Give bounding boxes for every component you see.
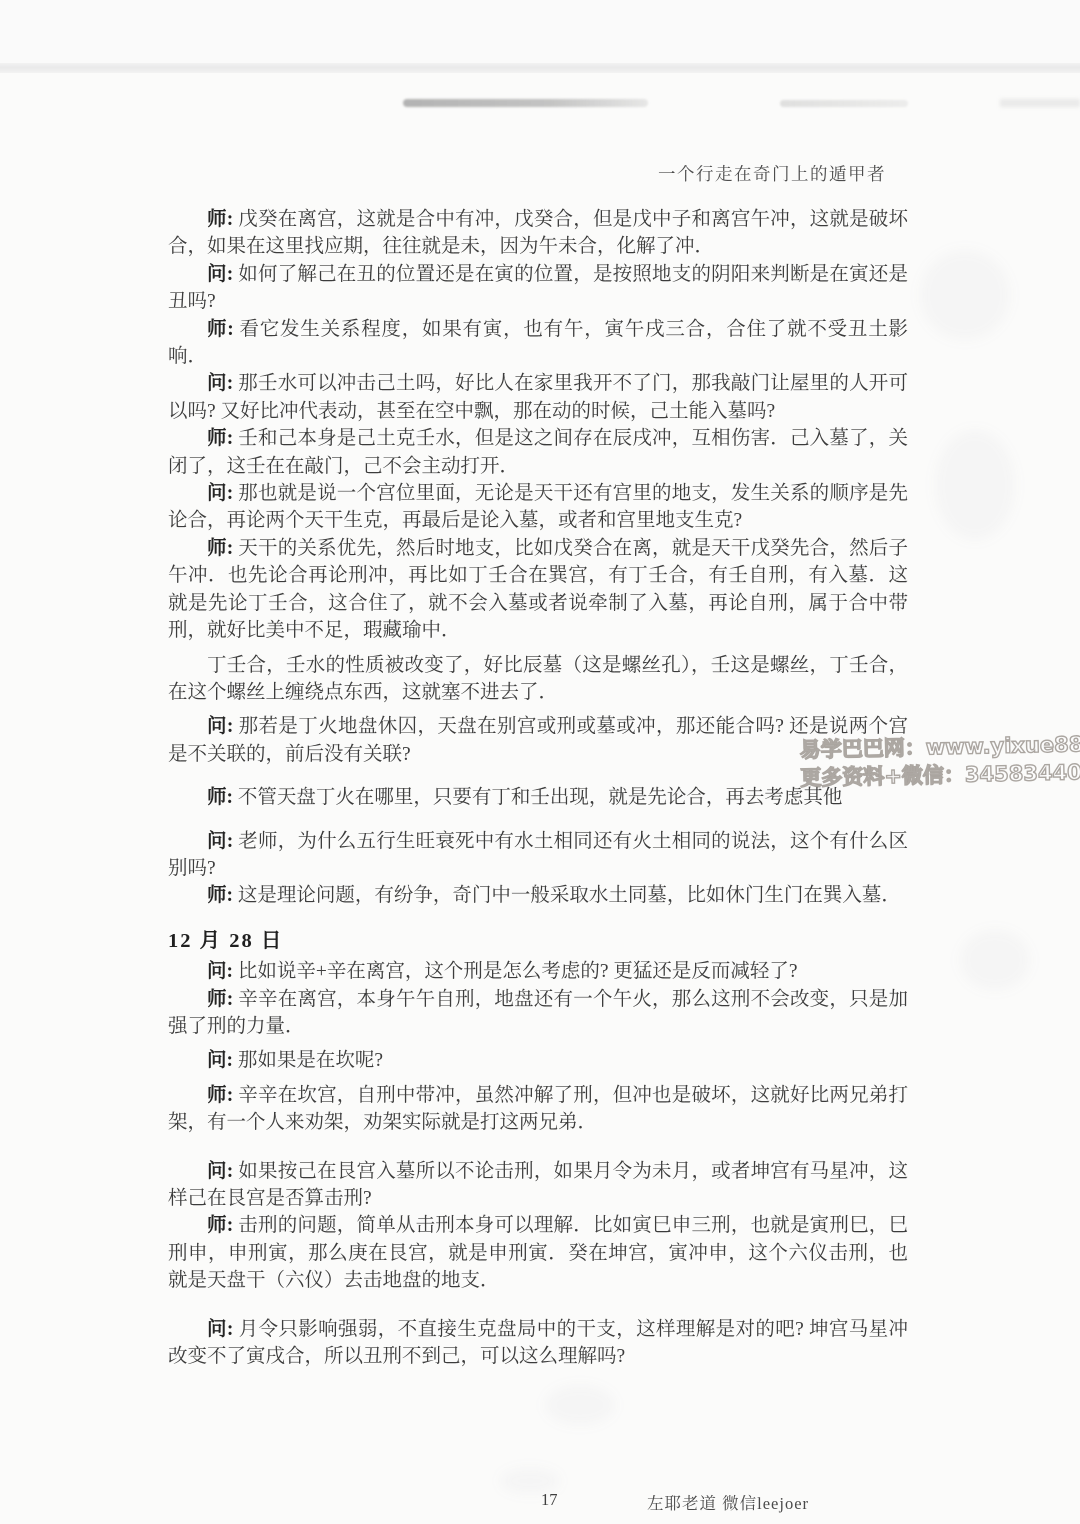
running-header: 一个行走在奇门上的遁甲者 (658, 161, 886, 186)
paragraph-text: 如果按己在艮宫入墓所以不论击刑，如果月令为未月，或者坤宫有马星冲，这样己在艮宫是… (168, 1161, 908, 1209)
scanned-book-page: 一个行走在奇门上的遁甲者 师: 戊癸在离宫，这就是合中有冲，戊癸合，但是戊中子和… (0, 0, 1080, 1524)
speaker-label: 问: (207, 716, 239, 737)
scan-smudge (780, 100, 908, 107)
scan-stain (545, 1385, 615, 1425)
speaker-label: 问: (207, 1161, 238, 1182)
dialogue-paragraph: 问: 老师，为什么五行生旺衰死中有水土相同还有火土相同的说法，这个有什么区别吗? (168, 828, 908, 883)
paragraph-text: 壬和己本身是己土克壬水，但是这之间存在辰戌冲，互相伤害．己入墓了，关闭了，这壬在… (168, 428, 908, 476)
footer-credit: 左耶老道 微信leejoer (647, 1490, 809, 1514)
paragraph-text: 比如说辛+辛在离宫，这个刑是怎么考虑的? 更猛还是反而减轻了? (238, 961, 798, 982)
paragraph-text: 不管天盘丁火在哪里，只要有丁和壬出现，就是先论合，再去考虑其他 (238, 787, 843, 808)
dialogue-paragraph: 师: 天干的关系优先，然后时地支，比如戊癸合在离，就是天干戊癸先合，然后子午冲．… (168, 535, 908, 645)
dialogue-paragraph: 问: 如果按己在艮宫入墓所以不论击刑，如果月令为未月，或者坤宫有马星冲，这样己在… (168, 1158, 908, 1213)
paragraph-text: 那壬水可以冲击己土吗，好比人在家里我开不了门，那我敲门让屋里的人开可以吗? 又好… (168, 373, 908, 421)
paragraph-text: 戊癸在离宫，这就是合中有冲，戊癸合，但是戊中子和离宫午冲，这就是破坏合，如果在这… (168, 209, 908, 257)
paragraph-text: 天干的关系优先，然后时地支，比如戊癸合在离，就是天干戊癸先合，然后子午冲．也先论… (168, 538, 908, 641)
scan-gray-band (0, 63, 1080, 73)
scan-top-zone (0, 0, 1080, 63)
dialogue-paragraph: 问: 那若是丁火地盘休囚，天盘在别宫或刑或墓或冲，那还能合吗? 还是说两个宫是不… (168, 713, 908, 768)
dialogue-paragraph: 师: 戊癸在离宫，这就是合中有冲，戊癸合，但是戊中子和离宫午冲，这就是破坏合，如… (168, 206, 908, 261)
dialogue-paragraph: 问: 那如果是在坎呢? (168, 1047, 908, 1074)
dialogue-paragraph: 师: 辛辛在坎宫，自刑中带冲，虽然冲解了刑，但冲也是破坏，这就好比两兄弟打架，有… (168, 1082, 908, 1137)
scan-stain (920, 250, 1010, 340)
paragraph-text: 如何了解己在丑的位置还是在寅的位置，是按照地支的阴阳来判断是在寅还是丑吗? (168, 264, 908, 312)
speaker-label: 师: (207, 1215, 238, 1236)
dialogue-paragraph: 师: 不管天盘丁火在哪里，只要有丁和壬出现，就是先论合，再去考虑其他 (168, 784, 908, 811)
paragraph-text: 那也就是说一个宫位里面，无论是天干还有宫里的地支，发生关系的顺序是先论合，再论两… (168, 483, 908, 531)
watermark-wechat-line: 更多资料+微信：3458344044 (800, 758, 1080, 792)
speaker-label: 师: (207, 989, 238, 1010)
speaker-label: 问: (207, 831, 238, 852)
speaker-label: 师: (207, 428, 238, 449)
scan-smudge (403, 99, 648, 107)
paragraph-text: 这是理论问题，有纷争，奇门中一般采取水土同墓，比如休门生门在巽入墓． (238, 885, 901, 906)
dialogue-paragraph: 师: 看它发生关系程度，如果有寅，也有午，寅午戌三合，合住了就不受丑土影响． (168, 316, 908, 371)
scan-smudge (1000, 99, 1080, 107)
speaker-label: 师: (207, 319, 239, 340)
speaker-label: 问: (207, 1050, 238, 1071)
speaker-label: 师: (207, 885, 238, 906)
dialogue-paragraph: 师: 壬和己本身是己土克壬水，但是这之间存在辰戌冲，互相伤害．己入墓了，关闭了，… (168, 425, 908, 480)
page-number: 17 (541, 1490, 558, 1510)
dialogue-paragraph: 师: 击刑的问题，简单从击刑本身可以理解．比如寅巳申三刑，也就是寅刑巳，巳刑申，… (168, 1212, 908, 1294)
speaker-label: 问: (207, 264, 238, 285)
paragraph-text: 月令只影响强弱，不直接生克盘局中的干支，这样理解是对的吧? 坤宫马星冲改变不了寅… (168, 1319, 908, 1367)
paragraph-text: 击刑的问题，简单从击刑本身可以理解．比如寅巳申三刑，也就是寅刑巳，巳刑申，申刑寅… (168, 1215, 908, 1291)
speaker-label: 师: (207, 1085, 238, 1106)
paragraph-text: 看它发生关系程度，如果有寅，也有午，寅午戌三合，合住了就不受丑土影响． (168, 319, 908, 367)
paragraph-text: 那如果是在坎呢? (238, 1050, 383, 1071)
dialogue-paragraph: 师: 辛辛在离宫，本身午午自刑，地盘还有一个午火，那么这刑不会改变，只是加强了刑… (168, 986, 908, 1041)
dialogue-paragraph: 问: 比如说辛+辛在离宫，这个刑是怎么考虑的? 更猛还是反而减轻了? (168, 958, 908, 985)
paragraph-text: 老师，为什么五行生旺衰死中有水土相同还有火土相同的说法，这个有什么区别吗? (168, 831, 908, 879)
paragraph-text: 那若是丁火地盘休囚，天盘在别宫或刑或墓或冲，那还能合吗? 还是说两个宫是不关联的… (168, 716, 908, 764)
scan-stain (960, 930, 1030, 990)
dialogue-paragraph: 问: 如何了解己在丑的位置还是在寅的位置，是按照地支的阴阳来判断是在寅还是丑吗? (168, 261, 908, 316)
speaker-label: 问: (207, 1319, 239, 1340)
date-heading: 12 月 28 日 (168, 928, 908, 955)
paragraph-text: 丁壬合，壬水的性质被改变了，好比辰墓（这是螺丝孔），壬这是螺丝，丁壬合，在这个螺… (168, 655, 908, 703)
speaker-label: 师: (207, 787, 238, 808)
dialogue-content: 师: 戊癸在离宫，这就是合中有冲，戊癸合，但是戊中子和离宫午冲，这就是破坏合，如… (168, 206, 908, 1370)
dialogue-paragraph: 问: 那也就是说一个宫位里面，无论是天干还有宫里的地支，发生关系的顺序是先论合，… (168, 480, 908, 535)
dialogue-paragraph: 问: 月令只影响强弱，不直接生克盘局中的干支，这样理解是对的吧? 坤宫马星冲改变… (168, 1316, 908, 1371)
paragraph-text: 辛辛在坎宫，自刑中带冲，虽然冲解了刑，但冲也是破坏，这就好比两兄弟打架，有一个人… (168, 1085, 908, 1133)
dialogue-paragraph: 丁壬合，壬水的性质被改变了，好比辰墓（这是螺丝孔），壬这是螺丝，丁壬合，在这个螺… (168, 652, 908, 707)
dialogue-paragraph: 问: 那壬水可以冲击己土吗，好比人在家里我开不了门，那我敲门让屋里的人开可以吗?… (168, 370, 908, 425)
speaker-label: 师: (207, 538, 238, 559)
paragraph-text: 辛辛在离宫，本身午午自刑，地盘还有一个午火，那么这刑不会改变，只是加强了刑的力量… (168, 989, 908, 1037)
watermark-overlay: 易学巴巴网：www.yixue88.cn 更多资料+微信：3458344044 (799, 730, 1080, 792)
scan-stain (935, 430, 1015, 540)
dialogue-paragraph: 师: 这是理论问题，有纷争，奇门中一般采取水土同墓，比如休门生门在巽入墓． (168, 882, 908, 909)
speaker-label: 师: (207, 209, 238, 230)
speaker-label: 问: (207, 961, 238, 982)
speaker-label: 问: (207, 373, 238, 394)
speaker-label: 问: (207, 483, 238, 504)
